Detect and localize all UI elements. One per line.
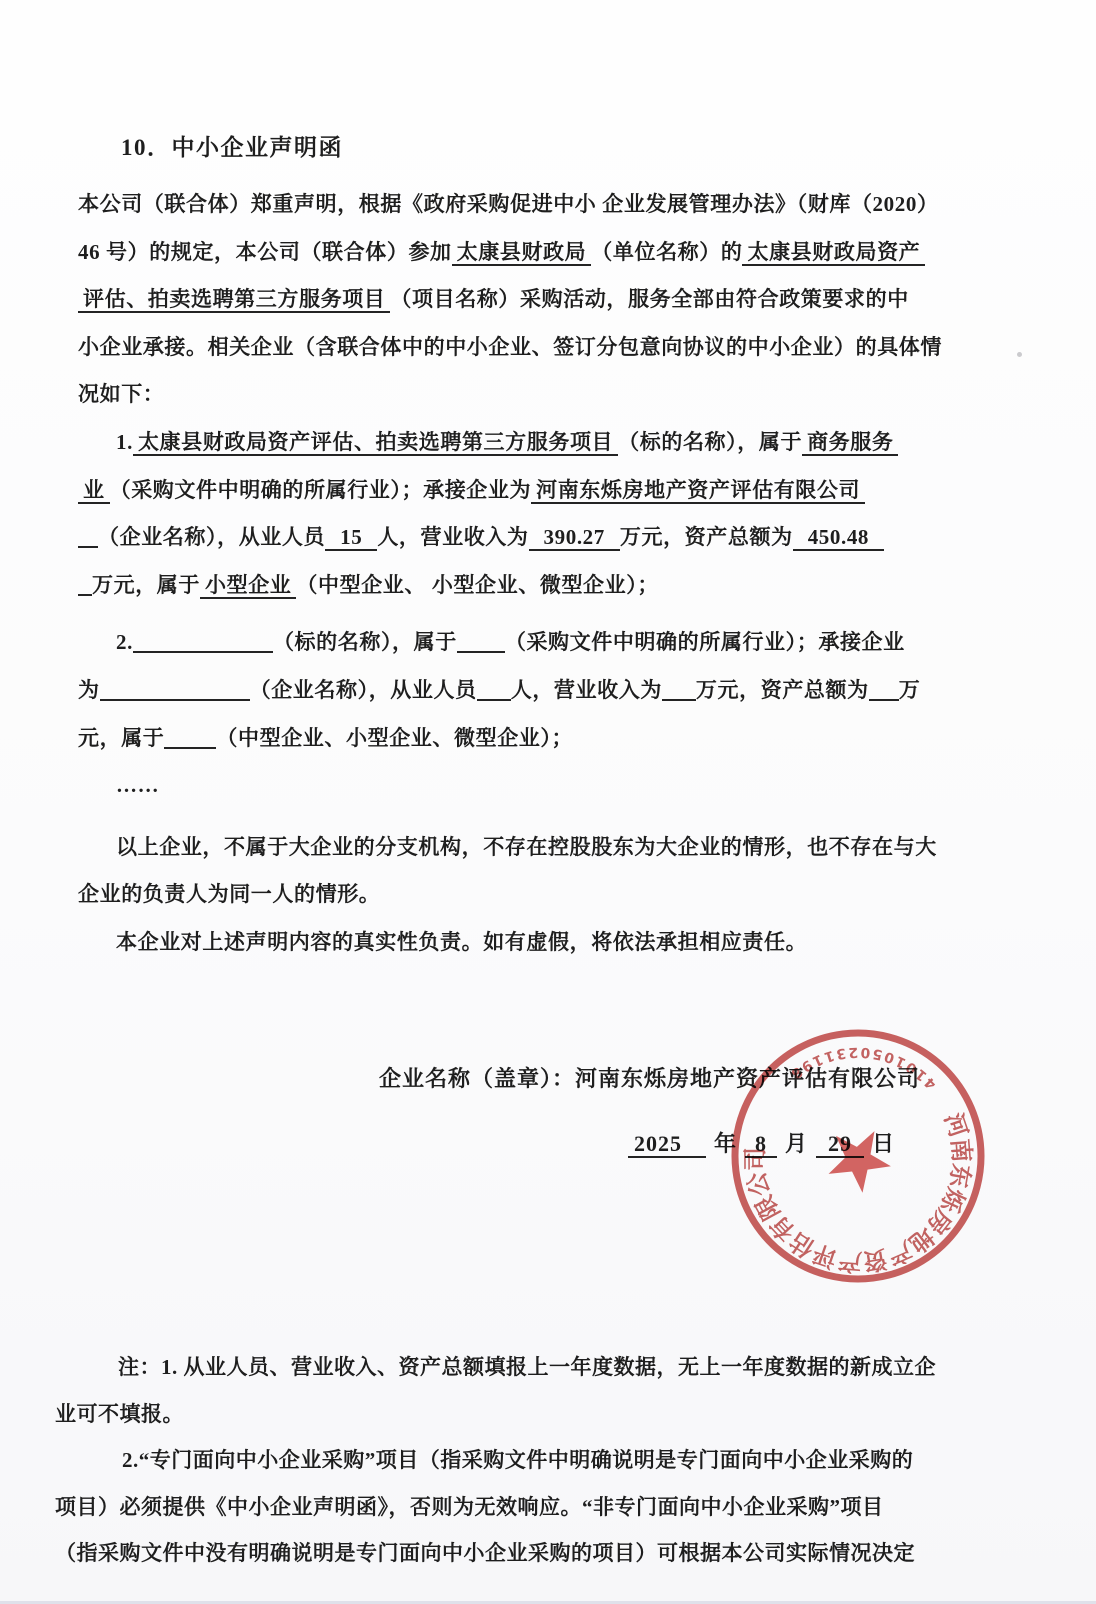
closing-line2: 企业的负责人为同一人的情形。	[78, 871, 1023, 919]
ellipsis-text: ……	[116, 773, 159, 797]
company-seal: 河南东烁房地产资产评估有限公司 4101050231198	[716, 1014, 1000, 1298]
note-line1: 注：1. 从业人员、营业收入、资产总额填报上一年度数据，无上一年度数据的新成立企	[55, 1344, 1055, 1391]
filled-company-name: 河南东烁房地产资产评估有限公司	[531, 478, 865, 504]
note-line2: 业可不填报。	[55, 1391, 1055, 1438]
seal-company-arc-text: 河南东烁房地产资产评估有限公司	[738, 1109, 989, 1289]
filled-year: 2025	[628, 1131, 706, 1158]
body-text: （项目名称）采购活动，服务全部由符合政策要求的中	[390, 287, 908, 311]
body-text: 为	[78, 678, 100, 702]
item-number: 2.	[116, 630, 133, 654]
filled-enterprise-size: 小型企业	[200, 573, 296, 599]
item1-line1: 1.太康县财政局资产评估、拍卖选聘第三方服务项目（标的名称），属于商务服务	[78, 419, 1023, 467]
body-text: （采购文件中明确的所属行业）；承接企业	[505, 630, 905, 654]
filled-industry-part2: 业	[78, 478, 110, 504]
filled-industry-part1: 商务服务	[802, 430, 898, 456]
blank-line	[457, 651, 505, 653]
note-line3: 2.“专门面向中小企业采购”项目（指采购文件中明确说明是专门面向中小企业采购的	[55, 1437, 1055, 1484]
body-text: （标的名称），属于	[618, 430, 802, 454]
note-text: 2.“专门面向中小企业采购”项目（指采购文件中明确说明是专门面向中小企业采购的	[122, 1448, 913, 1472]
body-text: 人，营业收入为	[511, 678, 662, 702]
body-text: （标的名称），属于	[273, 630, 457, 654]
document-title: 10．中小企业声明函	[121, 129, 343, 162]
body-text: 本企业对上述声明内容的真实性负责。如有虚假，将依法承担相应责任。	[116, 930, 807, 954]
underline-stub	[78, 594, 92, 596]
blank-line	[133, 651, 273, 653]
scan-speck	[1017, 352, 1022, 357]
filled-purchaser-name: 太康县财政局	[452, 240, 592, 266]
closing-line3: 本企业对上述声明内容的真实性负责。如有虚假，将依法承担相应责任。	[78, 919, 1023, 967]
body-text: 以上企业，不属于大企业的分支机构，不存在控股股东为大企业的情形，也不存在与大	[116, 835, 937, 859]
filled-project-name-part1: 太康县财政局资产	[742, 240, 925, 266]
item-number: 1.	[116, 430, 133, 454]
closing-line1: 以上企业，不属于大企业的分支机构，不存在控股股东为大企业的情形，也不存在与大	[78, 824, 1023, 872]
scanned-declaration-page: 10．中小企业声明函 本公司（联合体）郑重声明，根据《政府采购促进中小 企业发展…	[0, 0, 1096, 1604]
item1-line3: （企业名称），从业人员15人，营业收入为390.27万元，资产总额为450.48	[78, 514, 1023, 562]
item2-line1: 2.（标的名称），属于（采购文件中明确的所属行业）；承接企业	[78, 619, 1023, 667]
body-text: 万元，资产总额为	[620, 525, 793, 549]
body-text: （采购文件中明确的所属行业）；承接企业为	[110, 478, 532, 502]
filled-subject-name: 太康县财政局资产评估、拍卖选聘第三方服务项目	[133, 430, 618, 456]
body-text: 本公司（联合体）郑重声明，根据《政府采购促进中小 企业发展管理办法》（财库（20…	[78, 192, 939, 216]
blank-line	[477, 699, 511, 701]
seal-star	[824, 1130, 894, 1197]
body-text: 元，属于	[78, 726, 164, 750]
underline-stub	[78, 546, 98, 548]
body-text: （企业名称），从业人员	[98, 525, 325, 549]
item2-line3: 元，属于（中型企业、小型企业、微型企业）；	[78, 715, 1023, 763]
filled-revenue: 390.27	[529, 525, 620, 551]
paragraph-line: 本公司（联合体）郑重声明，根据《政府采购促进中小 企业发展管理办法》（财库（20…	[78, 181, 1023, 229]
body-text: （单位名称）的	[591, 240, 742, 264]
body-text: （企业名称），从业人员	[250, 678, 477, 702]
body-text: 企业的负责人为同一人的情形。	[78, 882, 380, 906]
filled-employee-count: 15	[325, 525, 377, 551]
filled-project-name-part2: 评估、拍卖选聘第三方服务项目	[78, 287, 390, 313]
note-line4: 项目）必须提供《中小企业声明函》，否则为无效响应。“非专门面向中小企业采购”项目	[55, 1484, 1055, 1531]
note-text: 业可不填报。	[55, 1402, 184, 1426]
note-text: 注：1. 从业人员、营业收入、资产总额填报上一年度数据，无上一年度数据的新成立企	[118, 1355, 936, 1379]
body-text: 万	[899, 678, 921, 702]
paragraph-line: 46 号）的规定，本公司（联合体）参加太康县财政局（单位名称）的太康县财政局资产	[78, 229, 1023, 277]
item1-line4: 万元，属于小型企业（中型企业、 小型企业、微型企业）；	[78, 562, 1023, 610]
item2-line2: 为（企业名称），从业人员人，营业收入为万元，资产总额为万	[78, 667, 1023, 715]
item1-line2: 业（采购文件中明确的所属行业）；承接企业为河南东烁房地产资产评估有限公司	[78, 467, 1023, 515]
paragraph-line: 评估、拍卖选聘第三方服务项目（项目名称）采购活动，服务全部由符合政策要求的中	[78, 276, 1023, 324]
body-text: 小企业承接。相关企业（含联合体中的中小企业、签订分包意向协议的中小企业）的具体情	[78, 335, 942, 359]
footnotes: 注：1. 从业人员、营业收入、资产总额填报上一年度数据，无上一年度数据的新成立企…	[55, 1344, 1055, 1577]
note-text: （指采购文件中没有明确说明是专门面向中小企业采购的项目）可根据本公司实际情况决定	[55, 1541, 915, 1565]
filled-assets: 450.48	[793, 525, 884, 551]
body-text: 万元，资产总额为	[696, 678, 869, 702]
blank-line	[164, 747, 216, 749]
body-text: （中型企业、小型企业、微型企业）；	[216, 726, 573, 750]
paragraph-line: 小企业承接。相关企业（含联合体中的中小企业、签订分包意向协议的中小企业）的具体情	[78, 324, 1023, 372]
ellipsis-line: ……	[78, 762, 1023, 810]
body-text: 46 号）的规定，本公司（联合体）参加	[78, 240, 452, 264]
blank-line	[869, 699, 899, 701]
paragraph-line: 况如下：	[78, 371, 1023, 419]
body-text: 人，营业收入为	[377, 525, 528, 549]
body-text: （中型企业、 小型企业、微型企业）；	[296, 573, 659, 597]
note-line5: （指采购文件中没有明确说明是专门面向中小企业采购的项目）可根据本公司实际情况决定	[55, 1530, 1055, 1577]
body-text: 况如下：	[78, 382, 164, 406]
blank-line	[662, 699, 696, 701]
blank-line	[100, 699, 250, 701]
body-text: 万元，属于	[92, 573, 200, 597]
note-text: 项目）必须提供《中小企业声明函》，否则为无效响应。“非专门面向中小企业采购”项目	[55, 1495, 884, 1519]
document-body: 本公司（联合体）郑重声明，根据《政府采购促进中小 企业发展管理办法》（财库（20…	[78, 181, 1023, 967]
